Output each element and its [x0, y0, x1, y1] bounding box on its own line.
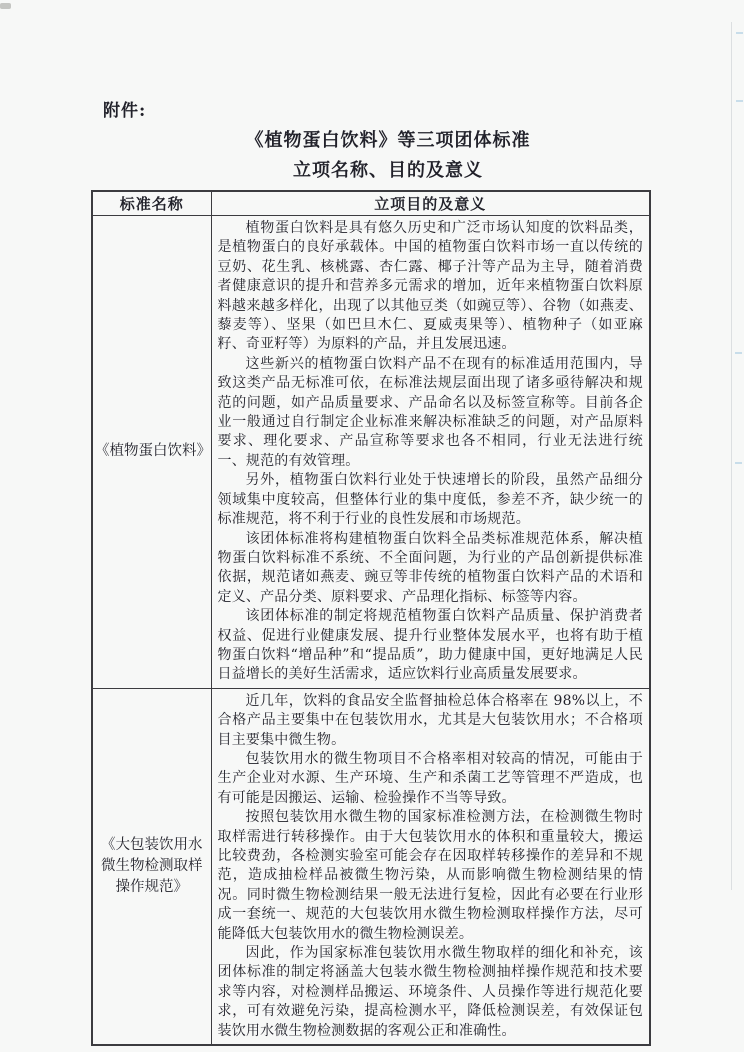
paragraph: 植物蛋白饮料是具有悠久历史和广泛市场认知度的饮料品类，是植物蛋白的良好承载体。中… [218, 219, 644, 355]
paragraph: 按照包装饮用水微生物的国家标准检测方法，在检测微生物时取样需进行转移操作。由于大… [218, 808, 644, 944]
scan-edge-line [731, 22, 732, 890]
table-header-row: 标准名称 立项目的及意义 [92, 191, 650, 216]
paragraph: 包装饮用水的微生物项目不合格率相对较高的情况，可能由于生产企业对水源、生产环境、… [218, 750, 644, 808]
scan-edge-tick [736, 100, 743, 102]
scan-edge-tick [735, 462, 742, 464]
scanned-document-page: 附件: 《植物蛋白饮料》等三项团体标准 立项名称、目的及意义 标准名称 立项目的… [0, 0, 744, 1052]
column-header-purpose-significance: 立项目的及意义 [211, 191, 650, 216]
scan-smudge [0, 3, 11, 9]
paragraph: 因此，作为国家标准包装饮用水微生物取样的细化和补充，该团体标准的制定将涵盖大包装… [218, 944, 644, 1041]
paragraph: 该团体标准将构建植物蛋白饮料全品类标准规范体系，解决植物蛋白饮料标准不系统、不全… [218, 530, 644, 608]
standard-name-line: 微生物检测取样 [95, 856, 209, 877]
standards-table: 标准名称 立项目的及意义 《植物蛋白饮料》 植物蛋白饮料是具有悠久历史和广泛市场… [91, 190, 651, 1046]
standard-name-line: 《大包装饮用水 [95, 835, 209, 856]
standard-name-line: 《植物蛋白饮料》 [95, 441, 209, 462]
paragraph: 这些新兴的植物蛋白饮料产品不在现有的标准适用范围内，导致这类产品无标准可依，在标… [218, 355, 644, 471]
table-row: 《大包装饮用水 微生物检测取样 操作规范》 近几年，饮料的食品安全监督抽检总体合… [92, 688, 650, 1045]
purpose-cell: 植物蛋白饮料是具有悠久历史和广泛市场认知度的饮料品类，是植物蛋白的良好承载体。中… [211, 216, 650, 689]
table-row: 《植物蛋白饮料》 植物蛋白饮料是具有悠久历史和广泛市场认知度的饮料品类，是植物蛋… [92, 216, 650, 689]
standard-name-line: 操作规范》 [95, 877, 209, 898]
scan-edge-tick [735, 352, 742, 354]
paragraph: 近几年，饮料的食品安全监督抽检总体合格率在 98%以上，不合格产品主要集中在包装… [218, 692, 644, 750]
standard-name-cell: 《植物蛋白饮料》 [92, 216, 211, 689]
standard-name-cell: 《大包装饮用水 微生物检测取样 操作规范》 [92, 688, 211, 1045]
purpose-cell: 近几年，饮料的食品安全监督抽检总体合格率在 98%以上，不合格产品主要集中在包装… [211, 688, 650, 1045]
document-title-line1: 《植物蛋白饮料》等三项团体标准 [103, 126, 673, 152]
attachment-label: 附件: [103, 96, 146, 121]
document-title-line2: 立项名称、目的及意义 [103, 156, 673, 182]
paragraph: 另外，植物蛋白饮料行业处于快速增长的阶段，虽然产品细分领域集中度较高，但整体行业… [218, 471, 644, 529]
paragraph: 该团体标准的制定将规范植物蛋白饮料产品质量、保护消费者权益、促进行业健康发展、提… [218, 607, 644, 685]
column-header-standard-name: 标准名称 [92, 191, 211, 216]
scan-edge-tick [736, 32, 743, 34]
